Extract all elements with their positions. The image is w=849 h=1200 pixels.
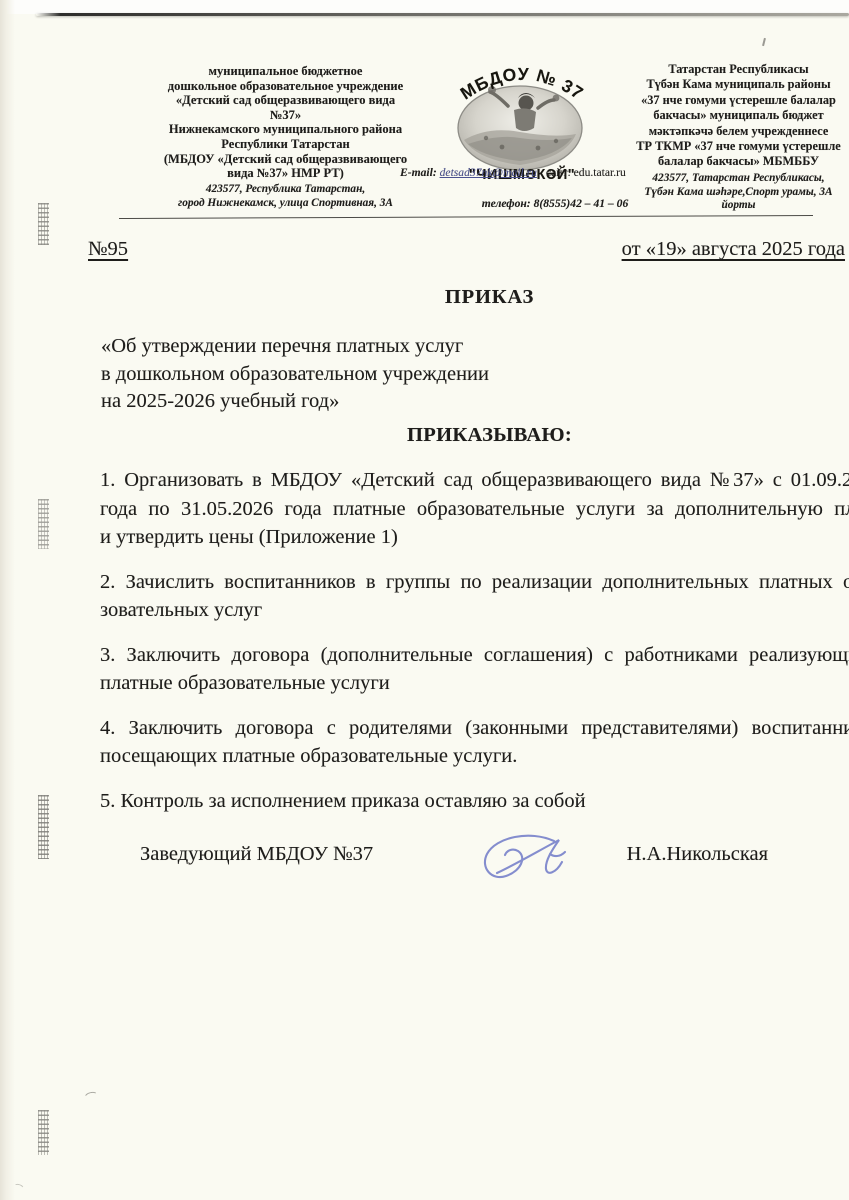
order-paragraph-line: платные образовательные услуги [100,669,849,698]
order-paragraph-line: 1. Организовать в МБДОУ «Детский сад общ… [100,466,849,495]
order-paragraph-line: 3. Заключить договора (дополнительные со… [100,641,849,670]
order-paragraph-line: года по 31.05.2026 года платные образова… [100,495,849,524]
order-paragraph: 5. Контроль за исполнением приказа остав… [100,787,849,816]
order-number: №95 [88,238,128,261]
scan-top-margin [0,0,849,14]
order-paragraph-line: и утвердить цены (Приложение 1) [100,523,849,552]
directive-word: ПРИКАЗЫВАЮ: [140,424,839,447]
order-paragraphs: 1. Организовать в МБДОУ «Детский сад общ… [100,466,849,831]
order-date: от «19» августа 2025 года [622,238,845,261]
site-text: сайт: edu.tatar.ru [546,166,626,179]
order-paragraph-line: посещающих платные образовательные услуг… [100,742,849,771]
org-name-tatar: Татарстан Республикасы Түбән Кама муници… [628,62,849,170]
email-link: detsad37nk@mail.ru [440,166,537,179]
order-paragraph-line: 4. Заключить договора с родителями (зако… [100,714,849,743]
scan-smudge-mark [38,499,49,549]
org-block-tatar: Татарстан Республикасы Түбән Кама муници… [628,62,849,213]
org-address-russian: 423577, Республика Татарстан, город Нижн… [118,183,453,211]
header-divider-line [119,215,813,219]
phone-line: телефон: 8(8555)42 – 41 – 06 [430,197,680,210]
scan-page-edge-shadow [36,13,849,16]
order-paragraph: 2. Зачислить воспитанников в группы по р… [100,568,849,625]
order-paragraph: 4. Заключить договора с родителями (зако… [100,714,849,771]
scan-curl-mark [83,1090,100,1104]
scan-smudge-mark [38,795,49,859]
scan-speck-mark [762,38,766,46]
scan-left-edge [0,0,15,1200]
signer-name: Н.А.Никольская [627,843,849,866]
order-paragraph: 3. Заключить договора (дополнительные со… [100,641,849,698]
scan-smudge-mark [38,203,49,245]
number-date-row: №95 от «19» августа 2025 года [88,238,845,261]
order-paragraph: 1. Организовать в МБДОУ «Детский сад общ… [100,466,849,552]
org-name-russian: муниципальное бюджетное дошкольное образ… [118,64,453,181]
scanned-order-document: муниципальное бюджетное дошкольное образ… [0,0,849,1200]
kindergarten-logo: МБДОУ № 37 "ЧИШМӘКӘЙ" [438,48,606,182]
order-paragraph-line: зовательных услуг [100,596,849,625]
handwritten-signature [468,824,582,892]
signer-position: Заведующий МБДОУ №37 [100,843,373,866]
email-label: E-mail: [400,166,437,179]
scan-smudge-mark [38,1110,49,1155]
org-block-russian: муниципальное бюджетное дошкольное образ… [118,64,453,210]
order-paragraph-line: 5. Контроль за исполнением приказа остав… [100,787,849,816]
document-title: ПРИКАЗ [140,286,839,309]
order-subject: «Об утверждении перечня платных услуг в … [101,333,489,416]
order-paragraph-line: 2. Зачислить воспитанников в группы по р… [100,568,849,597]
contact-line: E-mail: detsad37nk@mail.ru сайт: edu.tat… [400,166,626,179]
